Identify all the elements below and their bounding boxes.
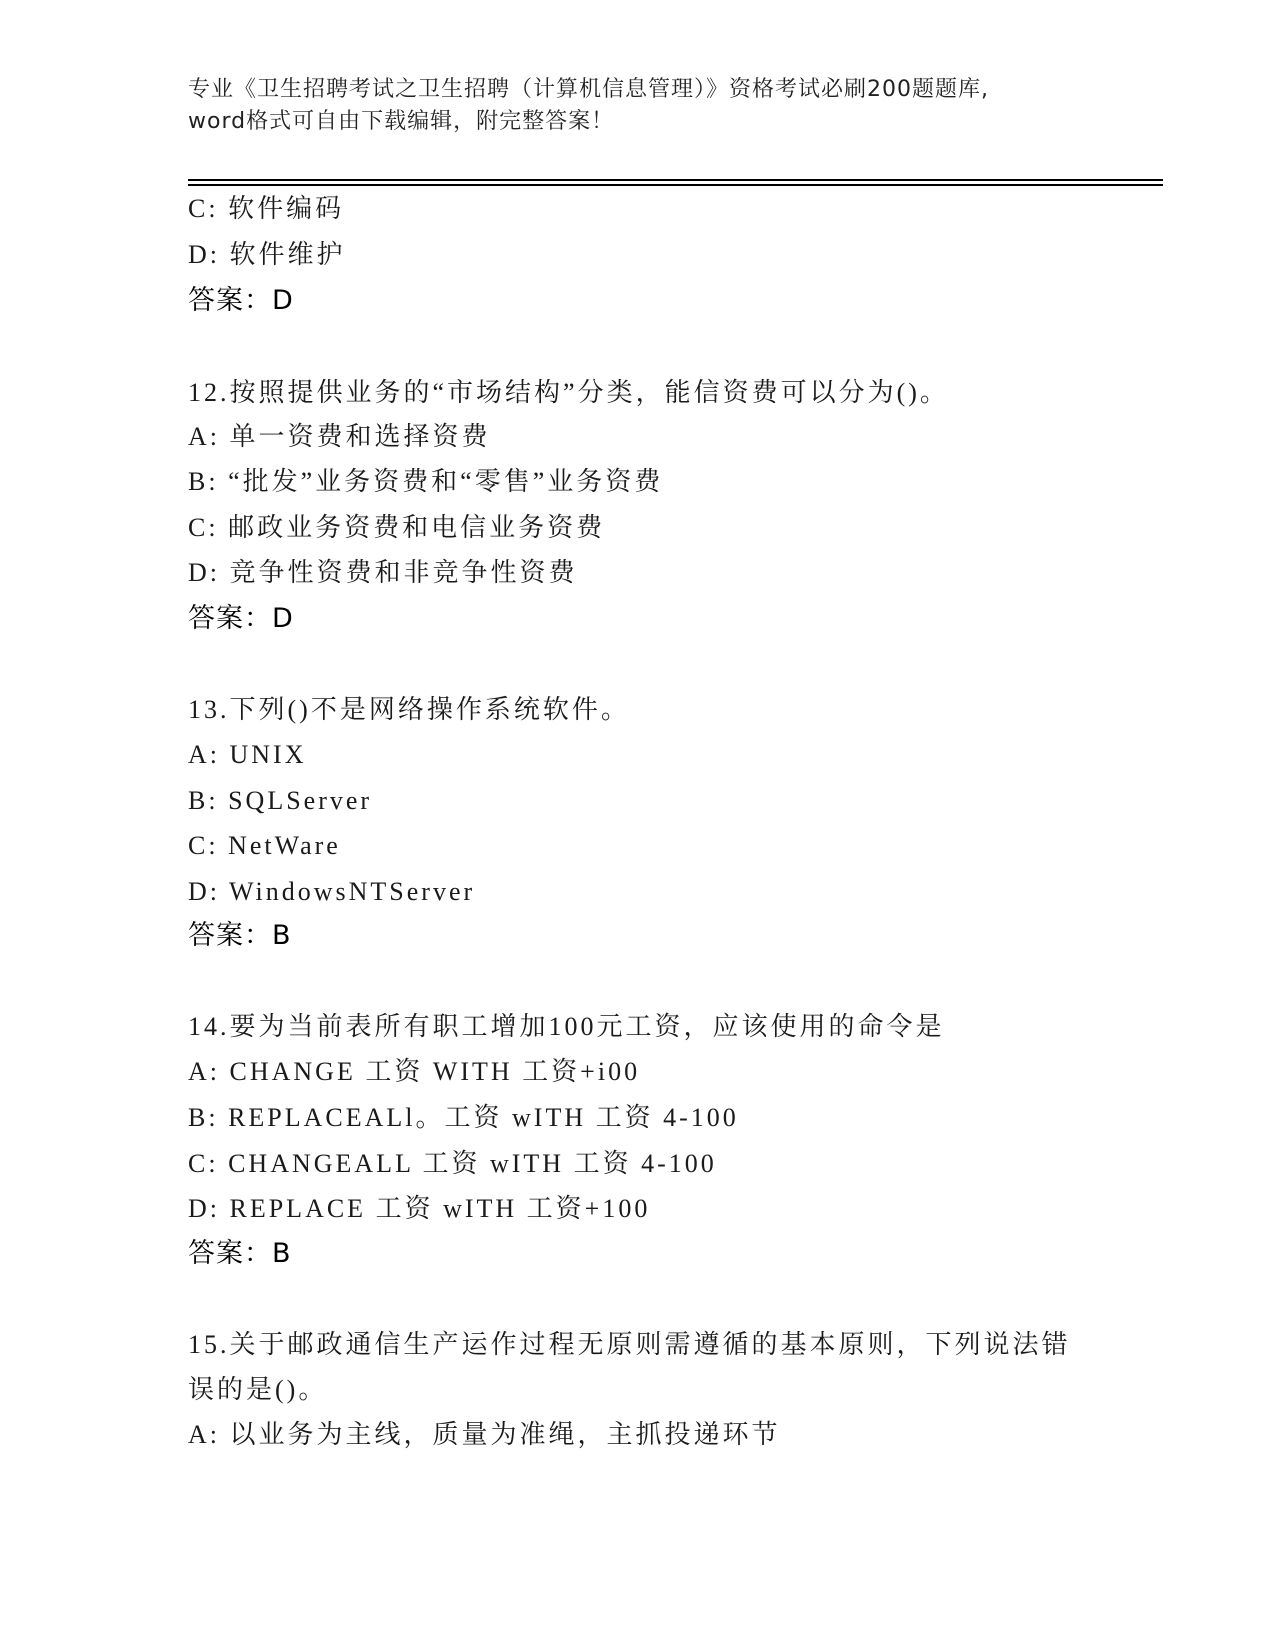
option-a: A: UNIX	[188, 738, 307, 772]
option-label: A:	[188, 422, 220, 451]
option-text: 软件编码	[228, 194, 344, 223]
option-d: D: 竞争性资费和非竞争性资费	[188, 556, 578, 590]
option-d: D: WindowsNTServer	[188, 875, 475, 909]
option-text: 软件维护	[230, 240, 346, 269]
option-text: CHANGE 工资 WITH 工资+i00	[230, 1057, 641, 1086]
option-label: B:	[188, 786, 219, 815]
option-text: REPLACE 工资 wITH 工资+100	[230, 1194, 651, 1223]
header-double-rule	[188, 179, 1163, 186]
option-c: C: 邮政业务资费和电信业务资费	[188, 511, 605, 545]
header-title-line-2: word格式可自由下载编辑，附完整答案！	[188, 106, 1088, 138]
option-label: B:	[188, 467, 219, 496]
option-label: D:	[188, 877, 220, 906]
option-text: 以业务为主线，质量为准绳，主抓投递环节	[230, 1420, 781, 1449]
answer-line: 答案：B	[188, 1237, 292, 1271]
option-d: D: REPLACE 工资 wITH 工资+100	[188, 1192, 650, 1226]
option-text: 邮政业务资费和电信业务资费	[228, 513, 605, 542]
option-text: UNIX	[230, 740, 307, 769]
option-d: D: 软件维护	[188, 238, 346, 272]
option-label: C:	[188, 513, 219, 542]
page-header: 专业《卫生招聘考试之卫生招聘（计算机信息管理）》资格考试必刷200题题库, wo…	[188, 74, 1088, 138]
answer-line: 答案：B	[188, 919, 292, 953]
option-label: A:	[188, 1057, 220, 1086]
option-label: C:	[188, 831, 219, 860]
option-text: 竞争性资费和非竞争性资费	[230, 558, 578, 587]
option-c: C: NetWare	[188, 829, 341, 863]
option-label: C:	[188, 194, 219, 223]
header-title-line-1: 专业《卫生招聘考试之卫生招聘（计算机信息管理）》资格考试必刷200题题库,	[188, 74, 1088, 106]
answer-line: 答案：D	[188, 602, 294, 636]
option-text: SQLServer	[228, 786, 372, 815]
option-label: A:	[188, 740, 220, 769]
option-a: A: 以业务为主线，质量为准绳，主抓投递环节	[188, 1418, 781, 1452]
option-label: D:	[188, 558, 220, 587]
option-label: D:	[188, 240, 220, 269]
option-label: D:	[188, 1194, 220, 1223]
answer-line: 答案：D	[188, 284, 294, 318]
option-text: “批发”业务资费和“零售”业务资费	[228, 467, 663, 496]
option-label: A:	[188, 1420, 220, 1449]
question-stem: 14.要为当前表所有职工增加100元工资，应该使用的命令是	[188, 1010, 945, 1044]
option-a: A: CHANGE 工资 WITH 工资+i00	[188, 1055, 640, 1089]
document-page: 专业《卫生招聘考试之卫生招聘（计算机信息管理）》资格考试必刷200题题库, wo…	[0, 0, 1275, 1650]
question-stem-line-1: 15.关于邮政通信生产运作过程无原则需遵循的基本原则，下列说法错	[188, 1328, 1071, 1362]
option-b: B: “批发”业务资费和“零售”业务资费	[188, 465, 663, 499]
option-text: REPLACEALl。工资 wITH 工资 4-100	[228, 1103, 739, 1132]
option-text: WindowsNTServer	[229, 877, 475, 906]
option-text: NetWare	[228, 831, 341, 860]
question-stem-line-2: 误的是()。	[188, 1373, 327, 1407]
option-text: 单一资费和选择资费	[230, 422, 491, 451]
option-b: B: REPLACEALl。工资 wITH 工资 4-100	[188, 1101, 739, 1135]
option-label: C:	[188, 1149, 219, 1178]
option-c: C: CHANGEALL 工资 wITH 工资 4-100	[188, 1147, 717, 1181]
option-text: CHANGEALL 工资 wITH 工资 4-100	[228, 1149, 717, 1178]
option-b: B: SQLServer	[188, 784, 372, 818]
question-stem: 12.按照提供业务的“市场结构”分类，能信资费可以分为()。	[188, 376, 949, 410]
option-a: A: 单一资费和选择资费	[188, 420, 491, 454]
option-c: C: 软件编码	[188, 192, 344, 226]
option-label: B:	[188, 1103, 219, 1132]
question-stem: 13.下列()不是网络操作系统软件。	[188, 693, 630, 727]
